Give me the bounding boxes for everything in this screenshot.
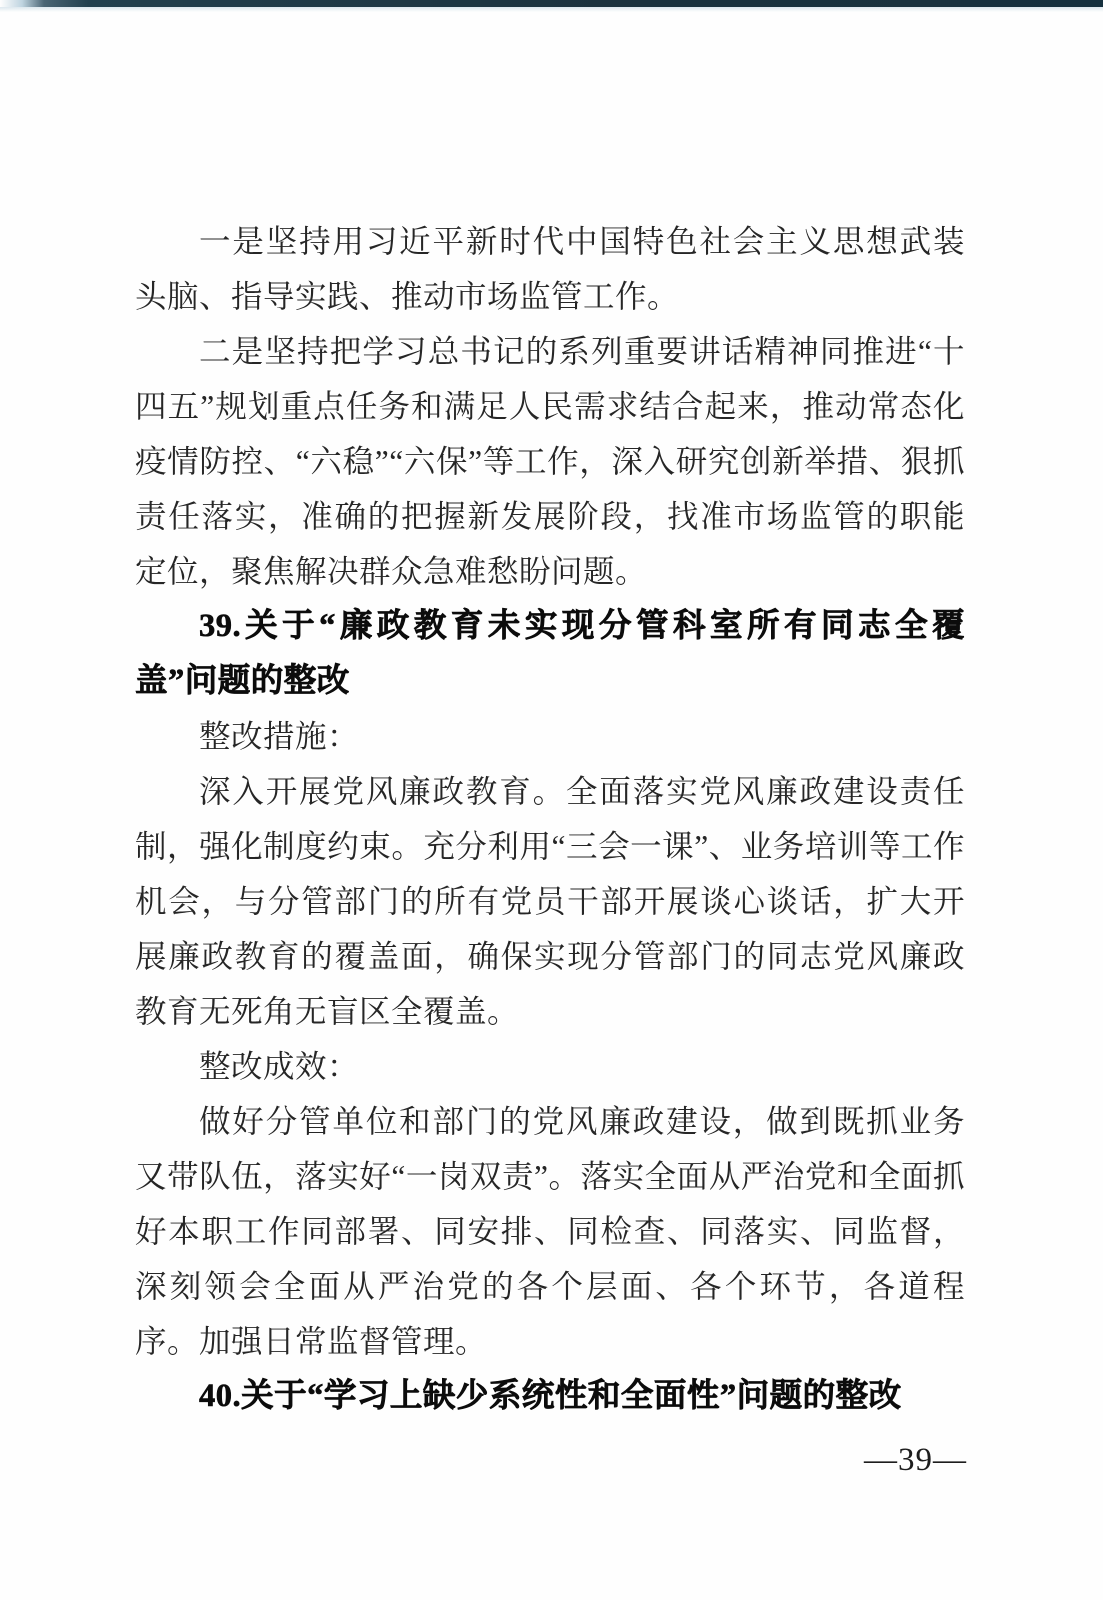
- paragraph-point-1: 一是坚持用习近平新时代中国特色社会主义思想武装头脑、指导实践、推动市场监管工作。: [135, 214, 965, 324]
- paragraph-results-detail: 做好分管单位和部门的党风廉政建设，做到既抓业务又带队伍，落实好“一岗双责”。落实…: [135, 1094, 965, 1369]
- label-rectification-measures: 整改措施：: [135, 709, 965, 764]
- label-rectification-results: 整改成效：: [135, 1039, 965, 1094]
- document-body: 一是坚持用习近平新时代中国特色社会主义思想武装头脑、指导实践、推动市场监管工作。…: [135, 214, 965, 1424]
- document-page: 一是坚持用习近平新时代中国特色社会主义思想武装头脑、指导实践、推动市场监管工作。…: [0, 0, 1103, 1600]
- page-number: —39—: [864, 1442, 967, 1479]
- section-heading-item-40: 40.关于“学习上缺少系统性和全面性”问题的整改: [135, 1369, 965, 1424]
- paragraph-point-2: 二是坚持把学习总书记的系列重要讲话精神同推进“十四五”规划重点任务和满足人民需求…: [135, 324, 965, 599]
- section-heading-item-39: 39.关于“廉政教育未实现分管科室所有同志全覆盖”问题的整改: [135, 599, 965, 709]
- scan-artifact-top: [0, 0, 1103, 7]
- paragraph-measures-detail: 深入开展党风廉政教育。全面落实党风廉政建设责任制，强化制度约束。充分利用“三会一…: [135, 764, 965, 1039]
